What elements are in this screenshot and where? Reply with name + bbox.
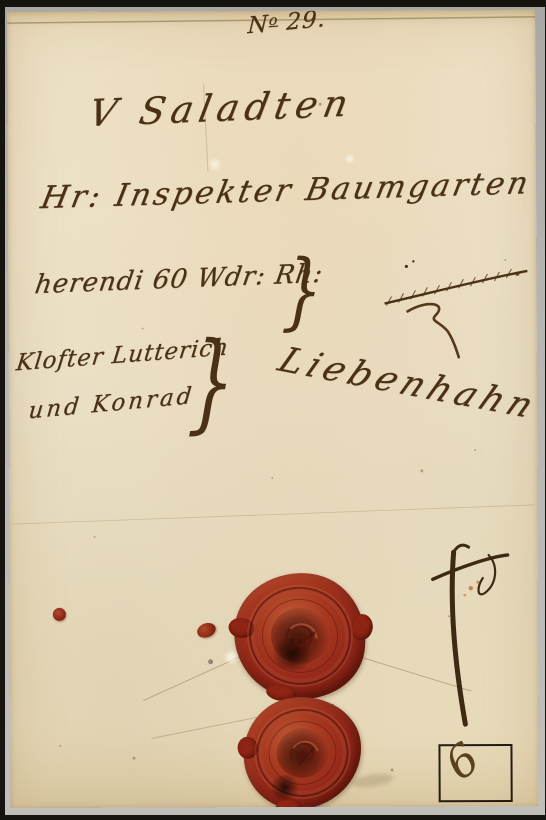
foxing-speck: [133, 757, 136, 760]
tax-stroke-vertical: [452, 552, 465, 724]
foxing-speck: [59, 745, 61, 747]
letter-paper: No 29. V Saladten Hr: Inspekter Baumgart…: [7, 10, 538, 808]
foxing-speck: [142, 328, 144, 330]
seal-wax-lump: [349, 613, 374, 642]
ink-dot: [515, 272, 519, 276]
paper-damage-spot: [208, 158, 222, 170]
paper-damage-spot: [223, 650, 239, 664]
ink-smudge: [351, 772, 394, 790]
paper-flaw-dot: [208, 659, 213, 664]
address-line-2: Hr: Inspekter Baumgarten: [38, 165, 534, 216]
destination-name: Liebenhahn: [272, 341, 539, 427]
docket-number-value: 29.: [286, 10, 327, 36]
tax-stroke-taper: [460, 680, 466, 726]
docket-number: No 29.: [247, 10, 326, 39]
strikethrough-hatching: [386, 269, 511, 306]
seal-wax-lump: [236, 735, 258, 759]
seal-monogram-icon: [263, 600, 337, 671]
docket-number-prefix: N: [247, 11, 269, 39]
tax-stroke-flag: [478, 555, 495, 594]
foxing-speck: [448, 615, 450, 617]
wax-seal-lower: [238, 691, 367, 808]
rust-speck: [476, 581, 479, 584]
collector-box: 6: [438, 744, 512, 802]
address-line-5: und Konrad: [27, 383, 195, 425]
foxing-speck: [319, 103, 322, 106]
flourish-mark: [408, 304, 459, 357]
wax-drop-large: [195, 620, 218, 640]
address-line-1: V Saladten: [85, 81, 357, 135]
foxing-speck: [391, 768, 394, 771]
foxing-speck: [271, 477, 273, 479]
foxing-speck: [94, 536, 96, 538]
brace-mark-upper: }: [281, 241, 325, 340]
foxing-speck: [474, 449, 476, 451]
foxing-speck: [504, 259, 506, 261]
strikethrough-line: [384, 271, 527, 304]
middle-fold-line: [12, 505, 534, 524]
wax-drop-small: [53, 608, 66, 621]
foxing-speck: [420, 469, 423, 472]
docket-number-sup: o: [268, 12, 278, 29]
seal-monogram-icon: [270, 722, 335, 784]
tax-stroke-cross: [433, 555, 508, 579]
foxing-speck: [331, 704, 334, 707]
scanned-letter: No 29. V Saladten Hr: Inspekter Baumgart…: [0, 0, 546, 820]
wax-seal-upper: [226, 565, 374, 708]
rust-speck: [469, 586, 473, 590]
rust-speck: [463, 594, 466, 597]
ink-dot: [405, 265, 408, 268]
brace-mark-lower: }: [186, 318, 237, 444]
address-line-3: herendi 60 Wdr: Rh:: [33, 259, 326, 301]
tax-stroke-hook: [454, 545, 469, 552]
boxed-numeral: 6: [436, 733, 490, 790]
paper-damage-spot: [345, 154, 355, 164]
ink-dot: [412, 260, 414, 262]
